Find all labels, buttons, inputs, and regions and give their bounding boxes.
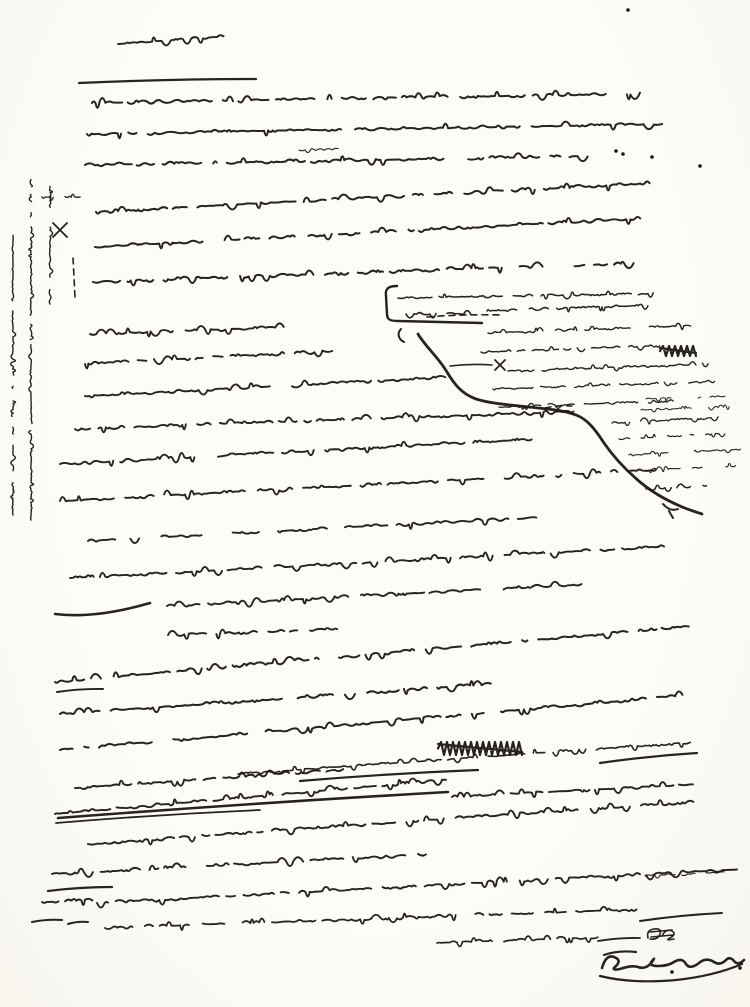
ink-dot: [738, 966, 742, 970]
signature-top-bar: [604, 951, 636, 955]
handwritten-line-para3: [88, 798, 694, 849]
strike-or-rule-stroke: [32, 920, 62, 922]
handwritten-line-para1: [87, 120, 662, 139]
handwritten-line-para1-interline: [299, 147, 348, 152]
handwritten-line-margin-right: [646, 483, 707, 493]
x-mark: [495, 360, 505, 370]
handwritten-line-body: [85, 347, 333, 368]
handwritten-line-insert-tiny: [641, 405, 738, 413]
ink-dot: [650, 155, 654, 159]
scribbled-out-word: [438, 742, 522, 755]
strike-or-rule-stroke: [57, 689, 103, 692]
strike-or-rule-stroke: [79, 79, 256, 83]
handwritten-line-body: [60, 465, 656, 506]
handwritten-line-margin-right: [649, 463, 736, 473]
handwritten-line-para3-struck: [55, 776, 447, 819]
handwritten-line-footer: [42, 898, 93, 906]
handwritten-line-body: [88, 516, 537, 546]
strike-or-rule-stroke: [598, 938, 640, 941]
crossed-monogram: [648, 929, 674, 940]
handwritten-line-body: [90, 323, 284, 339]
handwritten-line-insert: [488, 322, 691, 336]
handwritten-line-insert: [398, 290, 653, 301]
x-mark: [53, 223, 67, 237]
handwritten-line-insert: [508, 361, 708, 375]
handwritten-line-para2: [95, 214, 641, 252]
dashed-rule: [73, 258, 75, 298]
ink-dot: [626, 8, 630, 12]
marginal-vertical-note-line: [49, 187, 52, 305]
handwritten-line-margin-right: [629, 447, 741, 458]
strike-or-rule-stroke: [48, 887, 112, 891]
handwritten-line-para3: [60, 680, 492, 720]
strike-or-rule-stroke: [68, 922, 88, 924]
ink-dot: [621, 152, 625, 156]
handwritten-line-body: [75, 407, 585, 434]
handwritten-line-margin-mark: [42, 194, 80, 200]
strike-or-rule-stroke: [640, 913, 722, 921]
manuscript-page: [0, 0, 750, 1007]
handwritten-line-insert: [481, 343, 660, 356]
handwritten-line-body: [168, 625, 337, 640]
handwritten-line-insert: [499, 398, 673, 410]
handwritten-line-footer: [437, 934, 598, 948]
signature-flourish: [602, 956, 744, 969]
scribbled-out-word: [660, 346, 696, 356]
handwritten-line-margin-right: [619, 430, 733, 442]
handwritten-line-body: [70, 543, 665, 583]
marginal-vertical-note-line: [29, 180, 34, 520]
handwritten-line-body: [60, 434, 539, 468]
ink-dot: [614, 149, 618, 153]
divider-end-tick: [663, 504, 678, 518]
handwritten-line-para3: [75, 765, 344, 793]
handwritten-line-para3: [452, 780, 693, 802]
strike-or-rule-stroke: [600, 753, 697, 763]
handwritten-line-para1: [85, 152, 597, 170]
handwritten-line-margin-right: [612, 414, 718, 426]
handwritten-line-para3: [52, 850, 438, 879]
handwritten-line-para1: [92, 89, 640, 109]
handwritten-line-body: [85, 373, 446, 401]
handwritten-line-insert: [493, 379, 715, 392]
handwritten-line-header: [118, 32, 234, 49]
dashed-rule: [427, 315, 500, 317]
handwritten-line-footer: [105, 905, 637, 932]
handwritten-line-insert: [487, 304, 648, 315]
handwritten-line-para3: [55, 622, 690, 687]
small-paren-mark: [399, 329, 404, 342]
handwritten-line-para3: [60, 691, 683, 755]
handwritten-line-insert-tiny: [646, 395, 725, 401]
handwritten-line-para2: [96, 179, 650, 218]
handwritten-line-para2: [93, 258, 634, 286]
strike-or-rule-stroke: [450, 364, 492, 366]
ink-dot: [670, 970, 674, 974]
ink-dot: [698, 164, 702, 168]
handwriting-ink-layer: [0, 0, 750, 1007]
handwritten-line-footer: [97, 865, 738, 909]
handwritten-line-body: [167, 580, 582, 611]
marginal-vertical-note-line: [11, 230, 16, 515]
flourish-underline: [55, 603, 150, 615]
